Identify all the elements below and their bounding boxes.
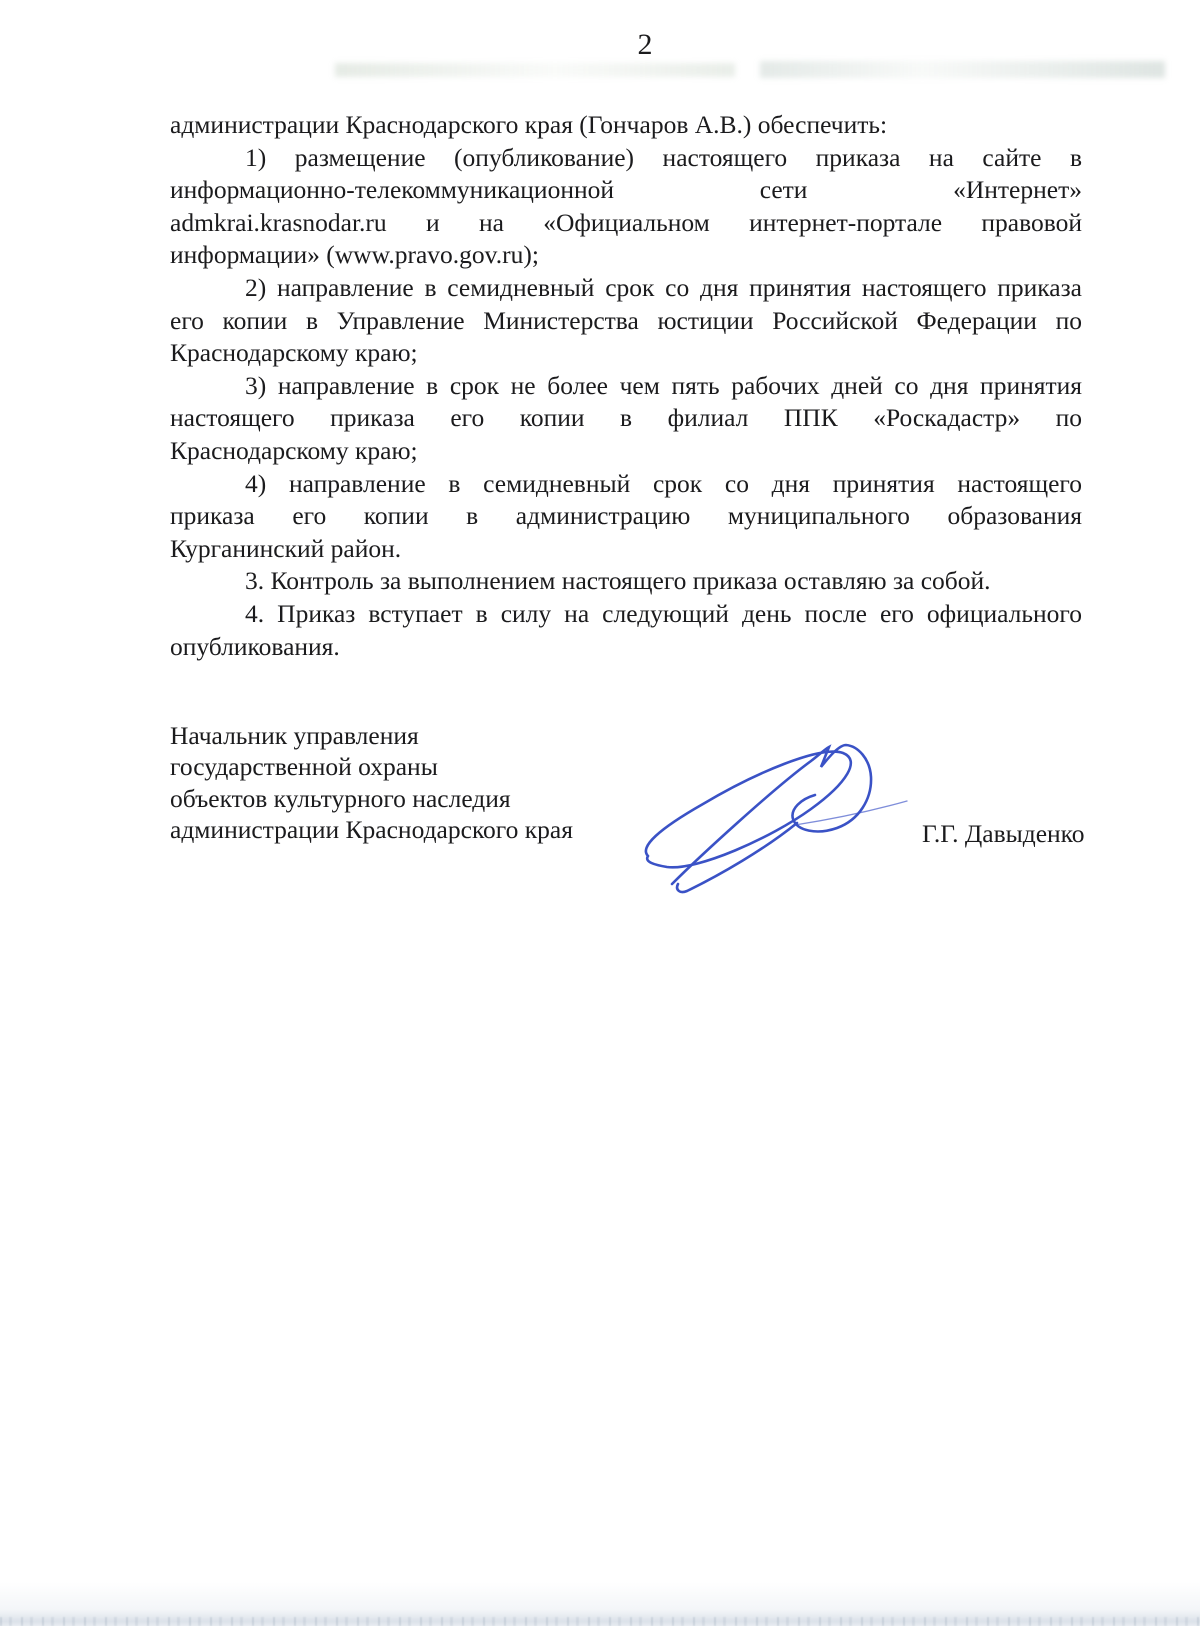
signer-title-block: Начальник управления государственной охр… <box>170 720 573 846</box>
page-number: 2 <box>638 28 653 62</box>
text-line: Краснодарскому краю; <box>170 337 1082 370</box>
scan-edge-artifact <box>0 1582 1200 1626</box>
text-line: администрации Краснодарского края (Гонча… <box>170 109 1082 142</box>
text-line: 3. Контроль за выполнением настоящего пр… <box>170 565 1082 598</box>
text-line: admkrai.krasnodar.ru и на «Официальном и… <box>170 207 1082 240</box>
text-line: информационно-телекоммуникационной сети … <box>170 174 1082 207</box>
text-line: 4. Приказ вступает в силу на следующий д… <box>170 598 1082 631</box>
signer-title-line: объектов культурного наследия <box>170 783 573 814</box>
text-line: приказа его копии в администрацию муници… <box>170 500 1082 533</box>
scan-ghost-artifact <box>760 61 1165 78</box>
text-line: 1) размещение (опубликование) настоящего… <box>170 142 1082 175</box>
scan-edge-speckle <box>0 1617 1200 1626</box>
text-line: опубликования. <box>170 631 1082 664</box>
handwritten-signature-icon <box>625 723 925 898</box>
text-line: 3) направление в срок не более чем пять … <box>170 370 1082 403</box>
signer-title-line: государственной охраны <box>170 751 573 782</box>
document-page: 2 администрации Краснодарского края (Гон… <box>0 0 1200 1626</box>
scan-ghost-artifact <box>335 63 735 77</box>
signer-name: Г.Г. Давыденко <box>922 818 1085 849</box>
text-line: 4) направление в семидневный срок со дня… <box>170 468 1082 501</box>
signer-title-line: администрации Краснодарского края <box>170 814 573 845</box>
text-line: Курганинский район. <box>170 533 1082 566</box>
text-line: его копии в Управление Министерства юсти… <box>170 305 1082 338</box>
order-body-text: администрации Краснодарского края (Гонча… <box>170 109 1082 663</box>
text-line: Краснодарскому краю; <box>170 435 1082 468</box>
text-line: информации» (www.pravo.gov.ru); <box>170 239 1082 272</box>
signer-title-line: Начальник управления <box>170 720 573 751</box>
text-line: 2) направление в семидневный срок со дня… <box>170 272 1082 305</box>
text-line: настоящего приказа его копии в филиал ПП… <box>170 402 1082 435</box>
